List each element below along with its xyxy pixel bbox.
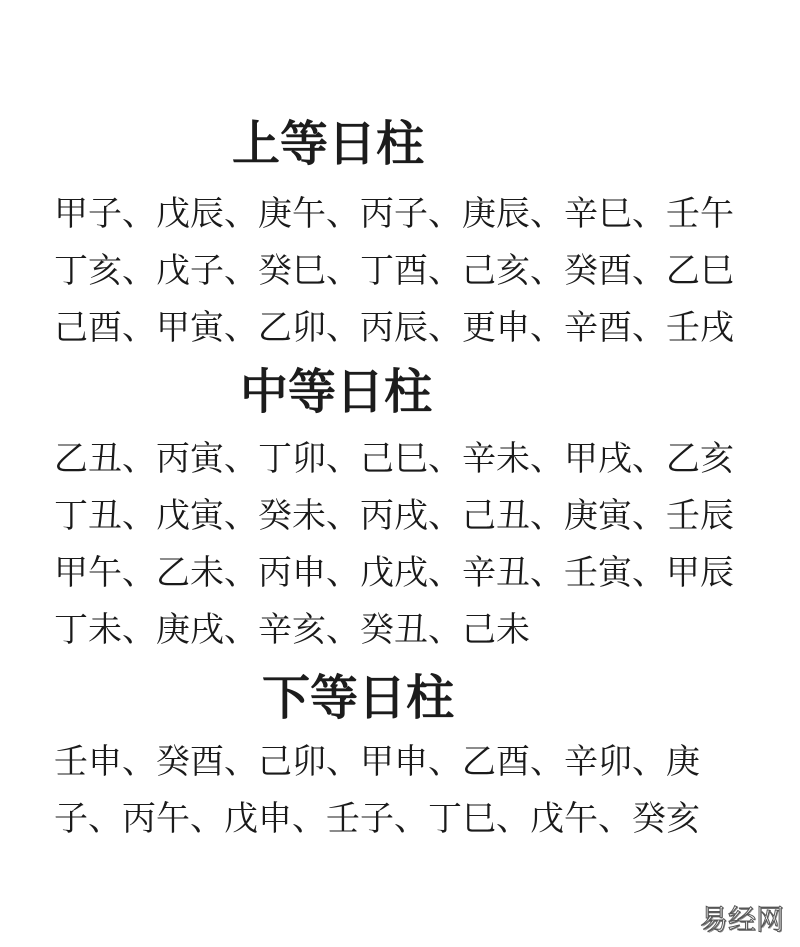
pillar-row: 己酉、甲寅、乙卯、丙辰、更申、辛酉、壬戌 [54, 311, 734, 345]
watermark-logo: 易经网 [700, 904, 784, 936]
pillar-row: 丁丑、戊寅、癸未、丙戌、己丑、庚寅、壬辰 [54, 499, 734, 533]
pillar-row: 乙丑、丙寅、丁卯、己巳、辛未、甲戌、乙亥 [54, 442, 734, 476]
pillar-row: 壬申、癸酉、己卯、甲申、乙酉、辛卯、庚 [54, 745, 700, 779]
pillar-row: 甲午、乙未、丙申、戊戌、辛丑、壬寅、甲辰 [54, 556, 734, 590]
pillar-row: 丁未、庚戌、辛亥、癸丑、己未 [54, 613, 530, 647]
section-title-lower: 下等日柱 [262, 674, 454, 722]
section-title-upper: 上等日柱 [232, 120, 424, 168]
pillar-row: 子、丙午、戊申、壬子、丁巳、戊午、癸亥 [54, 802, 700, 836]
pillar-row: 丁亥、戊子、癸巳、丁酉、己亥、癸酉、乙巳 [54, 254, 734, 288]
pillar-row: 甲子、戊辰、庚午、丙子、庚辰、辛巳、壬午 [54, 197, 734, 231]
section-title-middle: 中等日柱 [240, 368, 432, 416]
